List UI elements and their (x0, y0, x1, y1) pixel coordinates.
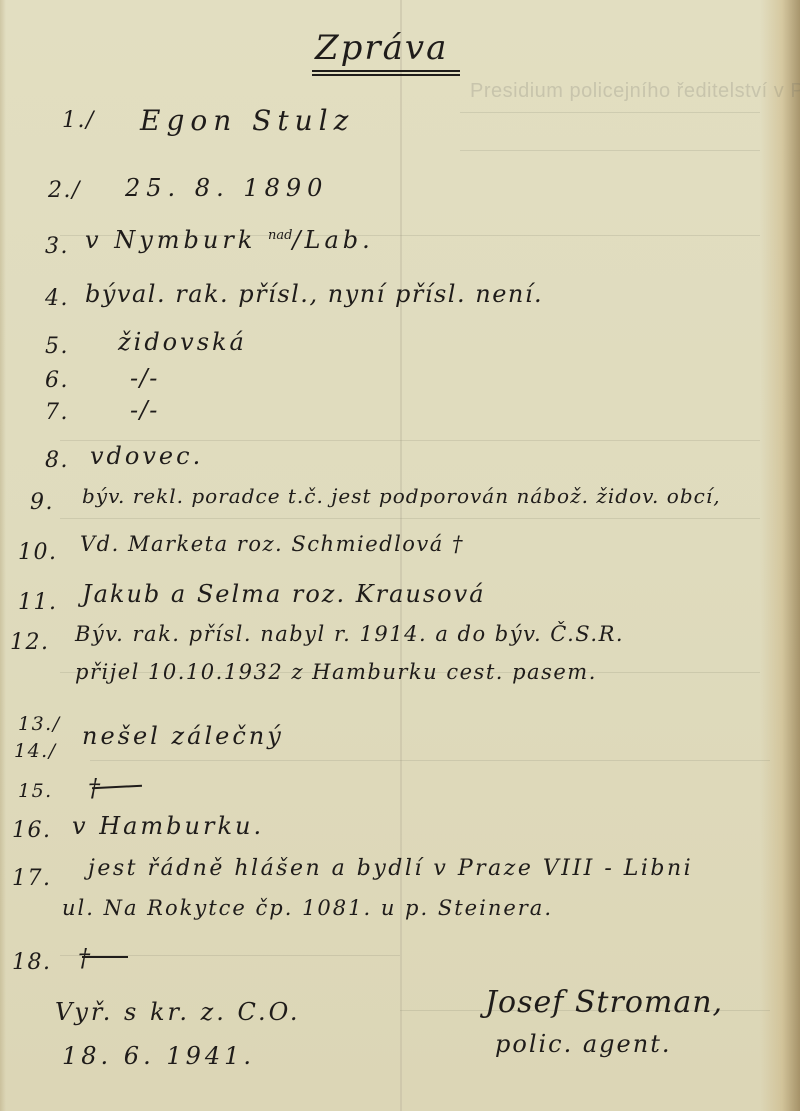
item-number: 15. (18, 780, 53, 802)
item-text: v Nymburk nad/Lab. (85, 226, 374, 254)
item-number: 12. (10, 630, 50, 655)
item-text: -/- (130, 396, 159, 424)
item-number: 6. (45, 368, 69, 393)
ghost-rule (60, 440, 760, 441)
item-text: -/- (130, 364, 159, 392)
item-text: Jakub a Selma roz. Krausová (82, 580, 486, 608)
dash-mark (82, 956, 128, 958)
signature-title: polic. agent. (495, 1030, 671, 1058)
item-number: 9. (30, 490, 54, 515)
item-text: Býv. rak. přísl. nabyl r. 1914. a do býv… (75, 622, 624, 646)
item-text: býv. rekl. poradce t.č. jest podporován … (82, 484, 721, 508)
ghost-rule (60, 518, 760, 519)
item-number: 2./ (48, 178, 81, 203)
item-text: býval. rak. přísl., nyní přísl. není. (85, 280, 543, 308)
item-number: 11. (18, 590, 58, 615)
item-number: 1./ (62, 108, 95, 133)
item-number: 16. (12, 818, 52, 843)
item-number: 17. (12, 866, 52, 891)
item-text: 25. 8. 1890 (125, 174, 328, 202)
birthplace-sup: nad (268, 228, 292, 243)
item-text: v Hamburku. (72, 812, 264, 840)
document-page: Presidium policejního ředitelství v Praz… (0, 0, 800, 1111)
ghost-rule (90, 760, 770, 761)
item-text: † (78, 944, 92, 972)
background-print-header: Presidium policejního ředitelství v Praz… (470, 80, 800, 103)
reference-note: Vyř. s kr. z. C.O. (55, 998, 301, 1026)
item-number: 14./ (14, 740, 57, 762)
ghost-rule (460, 150, 760, 151)
item-text-continued: přijel 10.10.1932 z Hamburku cest. pasem… (75, 660, 597, 684)
item-text: židovská (118, 328, 247, 356)
item-number: 3. (45, 234, 69, 259)
item-number: 7. (45, 400, 69, 425)
list-item: 1./ (62, 108, 95, 133)
item-text: vdovec. (90, 442, 203, 470)
document-title: Zpráva (315, 28, 448, 68)
document-date: 18. 6. 1941. (62, 1042, 255, 1070)
item-number: 8. (45, 448, 69, 473)
birthplace: v Nymburk (85, 226, 256, 254)
ghost-rule (460, 112, 760, 113)
item-number: 10. (18, 540, 58, 565)
item-number: 4. (45, 286, 69, 311)
item-text: nešel zálečný (82, 722, 284, 750)
item-text: Egon Stulz (140, 104, 354, 137)
title-underline (312, 70, 460, 72)
item-text-continued: ul. Na Rokytce čp. 1081. u p. Steinera. (62, 896, 553, 920)
item-number: 13./ (18, 713, 61, 735)
item-text: Vd. Marketa roz. Schmiedlová † (80, 532, 464, 556)
birthplace-suffix: /Lab. (292, 226, 373, 254)
item-text: jest řádně hlášen a bydlí v Praze VIII -… (88, 856, 693, 881)
signature: Josef Stroman, (485, 985, 723, 1020)
item-number: 18. (12, 950, 52, 975)
item-number: 5. (45, 334, 69, 359)
